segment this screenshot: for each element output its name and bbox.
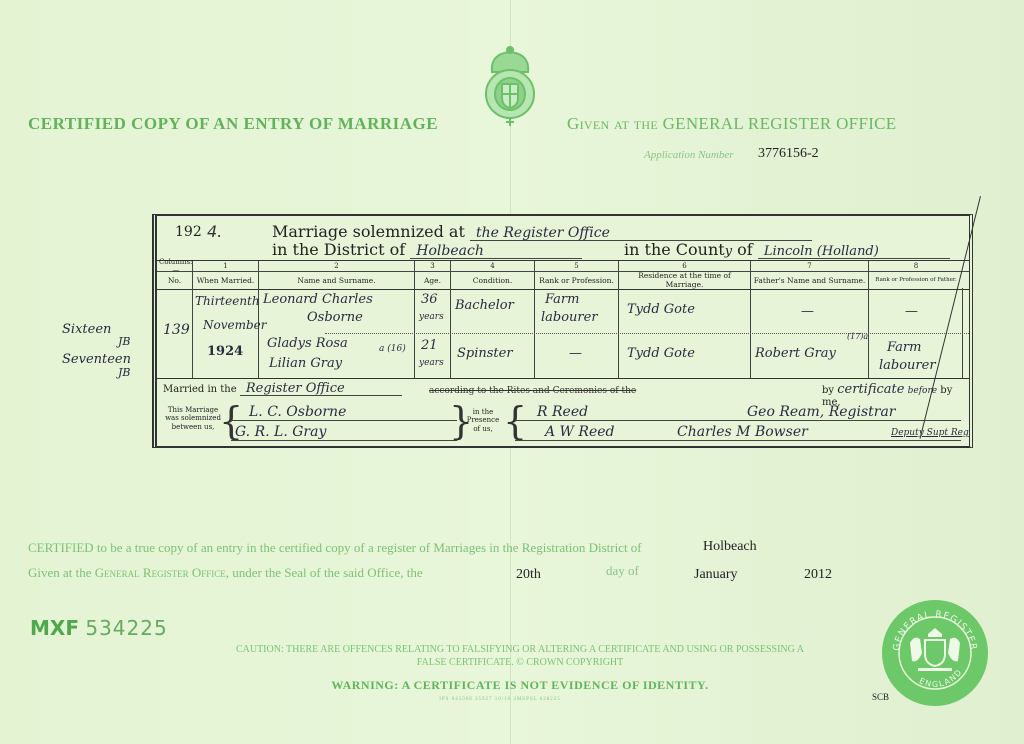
given-text-a: Given at the [28, 565, 92, 580]
certified-district: Holbeach [703, 539, 757, 555]
column-number: 6 [619, 261, 751, 271]
bride-residence: Tydd Gote [627, 346, 695, 361]
caution-line-2: FALSE CERTIFICATE. © CROWN COPYRIGHT [180, 657, 860, 670]
column-header-when-married: When Married. [193, 271, 259, 289]
column-number: 3 [415, 261, 451, 271]
bride-name-line2: Lilian Gray [269, 356, 342, 371]
day-of-label: day of [606, 563, 639, 579]
royal-crest-icon [478, 46, 542, 130]
when-married-month: November [203, 318, 267, 332]
column-header-father-profession: Rank or Profession of Father. [869, 271, 963, 289]
serial-prefix: MXF [30, 616, 79, 640]
brace-witnesses: { [503, 402, 527, 440]
caution-line-1: CAUTION: THERE ARE OFFENCES RELATING TO … [180, 644, 860, 657]
column-header-residence: Residence at the time of Marriage. [619, 271, 751, 289]
bride-father-name: Robert Gray [755, 346, 836, 361]
given-day: 20th [516, 567, 541, 583]
bride-age: 21 [421, 338, 438, 353]
when-married-year: 1924 [207, 344, 243, 359]
application-number-label: Application Number [644, 149, 734, 161]
given-month: January [694, 567, 738, 583]
solemnized-at-line: Marriage solemnized at the Register Offi… [272, 222, 812, 241]
given-text-gro: General Register Office [95, 565, 226, 580]
groom-condition: Bachelor [455, 298, 514, 313]
margin-note-seventeen: Seventeen [62, 352, 131, 367]
married-in-label: Married in the [163, 384, 237, 395]
identity-warning: WARNING: A CERTIFICATE IS NOT EVIDENCE O… [180, 678, 860, 693]
bride-father-profession-1: Farm [887, 340, 921, 355]
married-in-line: Married in the Register Office [163, 382, 402, 396]
bride-father-annotation: (17)a [847, 332, 868, 341]
married-in-value: Register Office [240, 382, 402, 396]
given-statement: Given at the General Register Office, un… [28, 565, 423, 581]
heading-main: GENERAL REGISTER OFFICE [663, 114, 897, 133]
caution-notice: CAUTION: THERE ARE OFFENCES RELATING TO … [180, 644, 860, 669]
witness-signature-1: R Reed [537, 404, 588, 420]
deputy-registrar-signature: Charles M Bowser [677, 424, 808, 440]
certificate-title: CERTIFIED COPY OF AN ENTRY OF MARRIAGE [28, 114, 438, 134]
groom-father-name: — [801, 304, 814, 319]
groom-residence: Tydd Gote [627, 302, 695, 317]
bride-father-profession-2: labourer [879, 358, 936, 373]
witness-signature-2: A W Reed [545, 424, 614, 440]
margin-initials-1: JB [118, 335, 131, 348]
groom-profession-1: Farm [545, 292, 579, 307]
signature-block: This Marriage was solemnized between us,… [157, 402, 969, 444]
column-headers: Columns:— 1 2 3 4 5 6 7 8 No. When Marri… [157, 260, 969, 289]
column-number: 4 [451, 261, 535, 271]
column-number: 1 [193, 261, 259, 271]
groom-age: 36 [421, 292, 438, 307]
serial-number: MXF 534225 [30, 616, 168, 640]
entry-rows: 139 Thirteenth November 1924 Leonard Cha… [157, 288, 969, 379]
given-text-b: , under the Seal of the said Office, the [226, 565, 423, 580]
bride-condition: Spinster [457, 346, 513, 361]
registrar-signature: Geo Ream, Registrar [747, 404, 896, 420]
groom-signature: L. C. Osborne [249, 404, 346, 420]
county-label: in the Count [624, 240, 725, 259]
heading-prefix: Given at the [567, 114, 658, 133]
given-year: 2012 [804, 567, 832, 583]
column-number: 8 [869, 261, 963, 271]
signature-line [515, 420, 961, 421]
signature-line [231, 420, 457, 421]
column-number: 5 [535, 261, 619, 271]
county-of-label: of [737, 240, 753, 259]
columns-label: Columns:— [157, 261, 193, 271]
bride-name-line1: Gladys Rosa [267, 336, 348, 351]
register-year-handwritten: 4. [207, 222, 222, 241]
given-at-gro-heading: Given at the GENERAL REGISTER OFFICE [567, 114, 896, 134]
bride-age-unit: years [419, 358, 444, 368]
column-header-condition: Condition. [451, 271, 535, 289]
row-divider [325, 333, 969, 334]
county-label-hand: y [725, 244, 732, 259]
column-header-no: No. [157, 271, 193, 289]
when-married-day: Thirteenth [195, 294, 260, 308]
by-value: certificate [837, 382, 904, 397]
certified-statement: CERTIFIED to be a true copy of an entry … [28, 540, 642, 556]
gro-seal-icon: GENERAL REGISTER OFFICE ENGLAND [880, 598, 990, 708]
district-line: in the District of Holbeach [272, 240, 582, 259]
solemnized-label: Marriage solemnized at [272, 222, 465, 241]
bride-signature: G. R. L. Gray [235, 424, 326, 440]
margin-note-sixteen: Sixteen [62, 322, 111, 337]
serial-digits: 534225 [85, 616, 167, 640]
district-label: in the District of [272, 240, 405, 259]
groom-age-unit: years [419, 312, 444, 322]
by-label: by [822, 385, 834, 396]
application-number: 3776156-2 [758, 146, 819, 162]
column-header-name: Name and Surname. [259, 271, 415, 289]
groom-profession-2: labourer [541, 310, 598, 325]
print-code: IPS 045068 35927 10/10 3MSPSL 028225 [380, 697, 620, 702]
entry-number: 139 [163, 322, 190, 338]
groom-name-line2: Osborne [307, 310, 363, 325]
register-year-printed: 192 [175, 224, 202, 240]
registrar-initials: SCB [872, 692, 889, 702]
groom-name-line1: Leonard Charles [263, 292, 373, 307]
deputy-registrar-title: Deputy Supt Reg [891, 428, 969, 438]
rites-ceremonies-struck: according to the Rites and Ceremonies of… [429, 386, 636, 396]
solemnized-between-label: This Marriage was solemnized between us, [163, 406, 223, 431]
groom-father-profession: — [905, 304, 918, 319]
column-number: 2 [259, 261, 415, 271]
county-value: Lincoln (Holland) [758, 245, 950, 259]
county-line: in the County of Lincoln (Holland) [624, 240, 950, 259]
presence-label: in the Presence of us, [463, 408, 503, 433]
district-value: Holbeach [410, 244, 582, 259]
solemnized-at-value: the Register Office [470, 226, 812, 241]
column-header-father-name: Father's Name and Surname. [751, 271, 869, 289]
register-entry: 192 4. Marriage solemnized at the Regist… [152, 214, 973, 448]
bride-profession: — [569, 346, 582, 361]
bride-name-annotation: a (16) [379, 344, 406, 354]
signature-line [231, 440, 457, 441]
signature-line [515, 440, 961, 441]
column-header-profession: Rank or Profession. [535, 271, 619, 289]
margin-initials-2: JB [118, 366, 131, 379]
column-header-age: Age. [415, 271, 451, 289]
column-number: 7 [751, 261, 869, 271]
